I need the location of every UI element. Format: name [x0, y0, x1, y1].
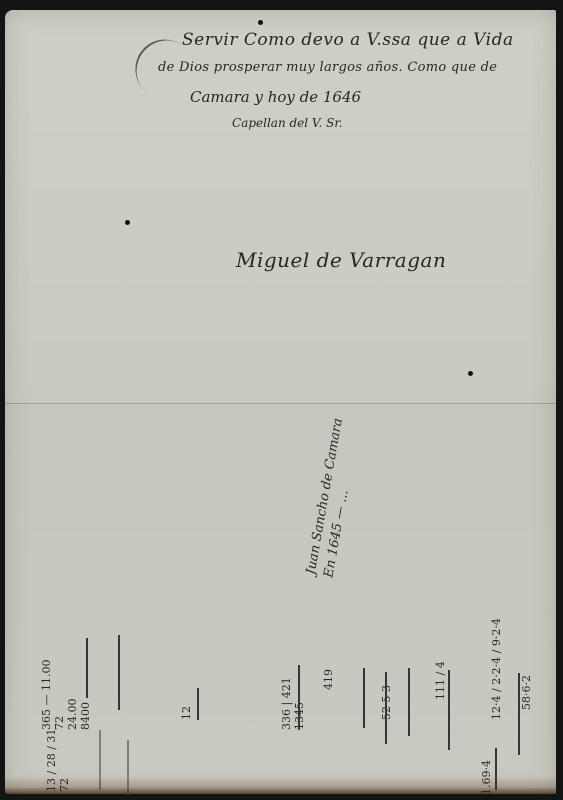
ink-dot	[125, 220, 130, 225]
calc-right-4: 58·6·2	[520, 675, 533, 710]
calc-rule	[448, 670, 450, 750]
ink-dot	[258, 20, 263, 25]
letter-line-3: Camara y hoy de 1646	[190, 88, 361, 106]
calc-rule	[118, 635, 120, 710]
calc-rule	[99, 730, 101, 790]
calc-rule	[518, 673, 520, 755]
calc-right-2: 111 / 4	[434, 661, 447, 700]
ink-dot	[468, 371, 473, 376]
signature: Miguel de Varragan	[236, 248, 446, 272]
calc-middle-2: 336 | 421 1345	[280, 677, 306, 730]
calc-right-3: 12·4 / 2·2·4 / 9·2·4	[490, 618, 503, 720]
calc-rule	[298, 665, 300, 730]
calc-rule	[385, 672, 387, 744]
calc-middle-3: 419	[322, 669, 335, 690]
calc-left: 365 — 11.00 72 24.00 8400	[40, 660, 92, 730]
calc-rule	[408, 668, 410, 736]
letter-line-1: Servir Como devo a V.ssa que a Vida	[182, 30, 514, 50]
letter-line-2: de Dios prosperar muy largos años. Como …	[158, 60, 497, 75]
fold-line	[5, 403, 556, 404]
calc-middle: 12	[180, 706, 193, 720]
calc-rule	[197, 688, 199, 720]
calc-right-1: 52·5·3	[380, 685, 393, 720]
calc-right-5: 1.69·4	[480, 760, 493, 795]
calc-rule	[127, 740, 129, 795]
calc-rule	[495, 748, 497, 790]
calc-left-bottom: 13 / 28 / 31 72	[45, 729, 71, 792]
letter-line-4: Capellan del V. Sr.	[232, 116, 343, 130]
calc-rule	[363, 668, 365, 728]
calc-rule	[86, 638, 88, 698]
